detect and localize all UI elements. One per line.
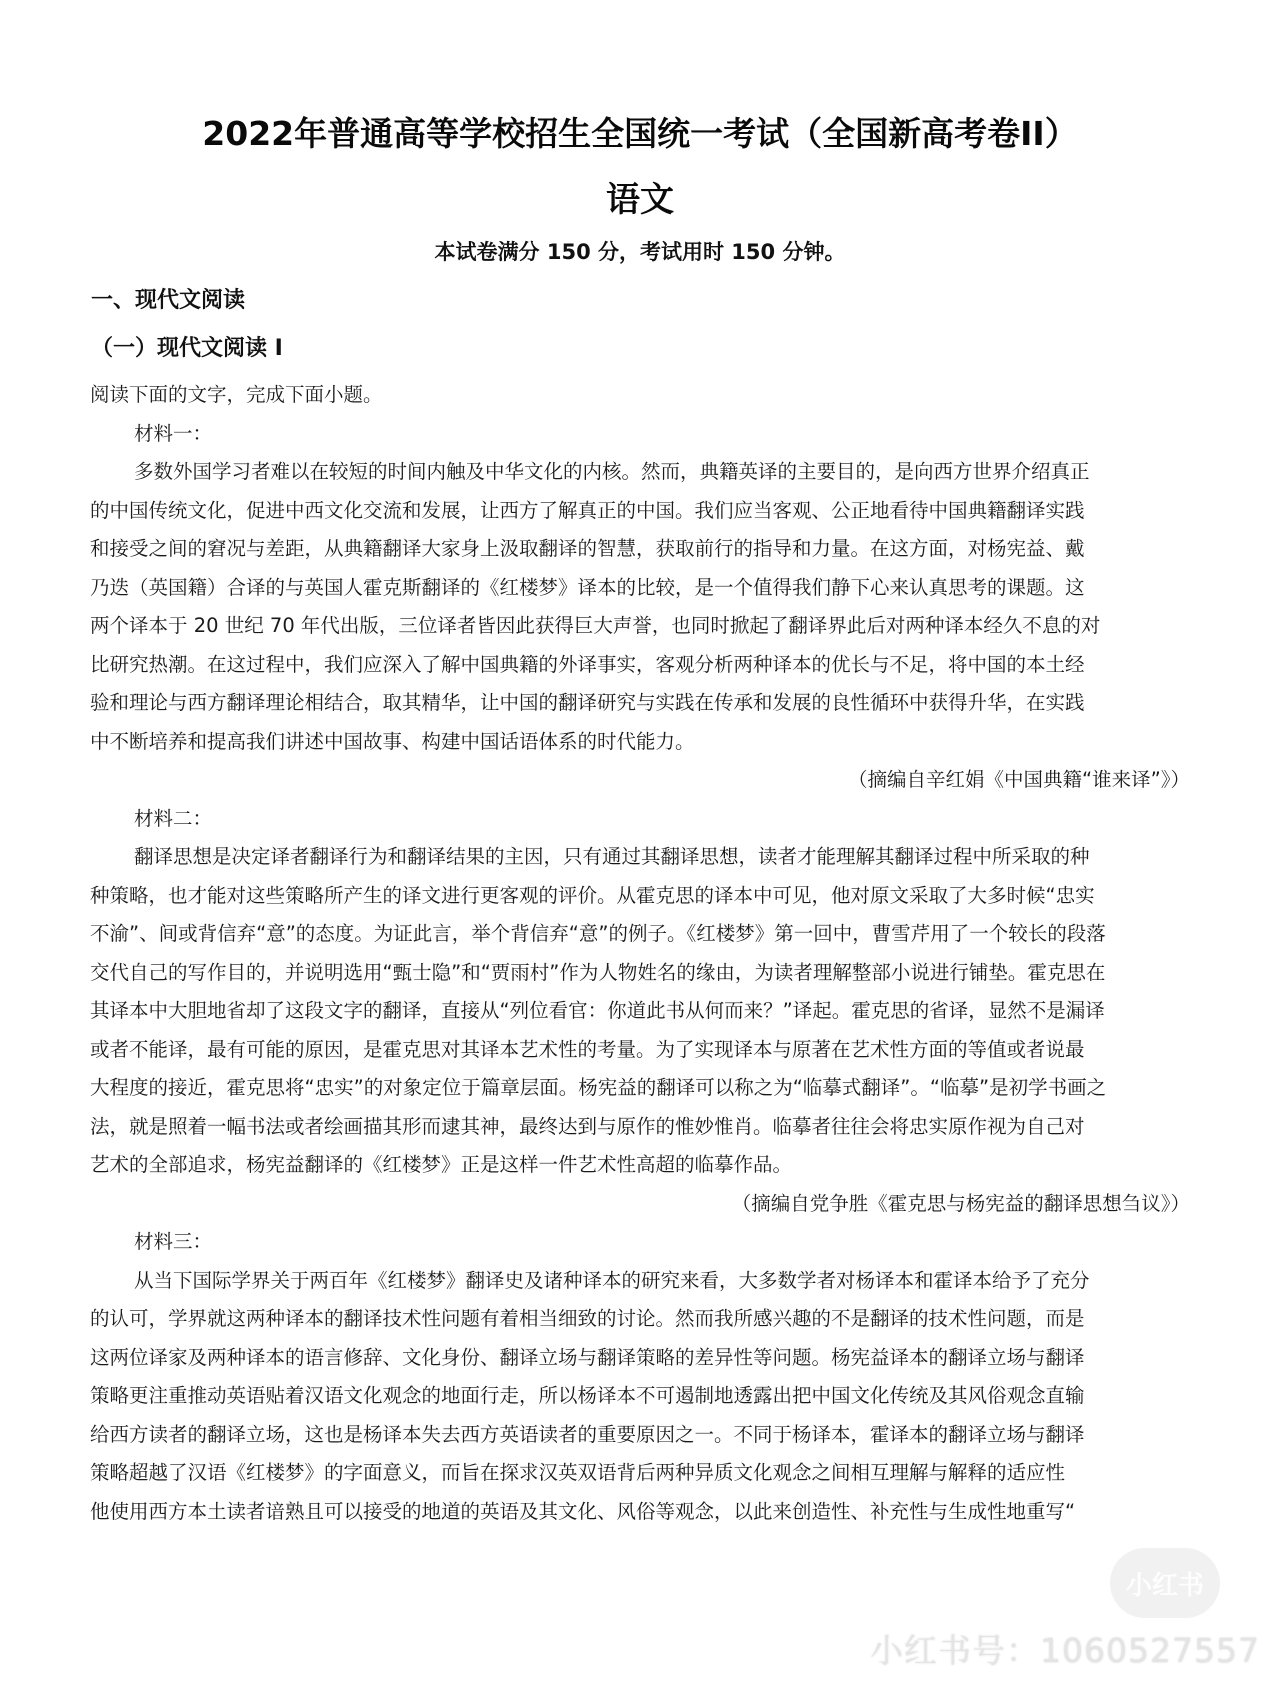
material-label: 材料二： [90, 800, 1190, 839]
exam-title: 2022年普通高等学校招生全国统一考试（全国新高考卷II） [0, 108, 1280, 155]
paragraph-line: 这两位译家及两种译本的语言修辞、文化身份、翻译立场与翻译策略的差异性等问题。杨宪… [90, 1339, 1190, 1378]
paragraph-line: 给西方读者的翻译立场，这也是杨译本失去西方英语读者的重要原因之一。不同于杨译本，… [90, 1416, 1190, 1455]
subject-title: 语文 [0, 172, 1280, 221]
paragraph-line: 乃迭（英国籍）合译的与英国人霍克斯翻译的《红楼梦》译本的比较，是一个值得我们静下… [90, 569, 1190, 608]
paragraph-line: 策略超越了汉语《红楼梦》的字面意义，而旨在探求汉英双语背后两种异质文化观念之间相… [90, 1454, 1190, 1493]
paragraph-line: 多数外国学习者难以在较短的时间内触及中华文化的内核。然而，典籍英译的主要目的，是… [90, 453, 1190, 492]
material-label: 材料三： [90, 1223, 1190, 1262]
watermark-text: 小红书号：1060527557 [870, 1625, 1260, 1672]
paragraph-line: 大程度的接近，霍克思将“忠实”的对象定位于篇章层面。杨宪益的翻译可以称之为“临摹… [90, 1069, 1190, 1108]
reading-passage: 阅读下面的文字，完成下面小题。 材料一： 多数外国学习者难以在较短的时间内触及中… [90, 376, 1190, 1531]
paragraph-line: 比研究热潮。在这过程中，我们应深入了解中国典籍的外译事实，客观分析两种译本的优长… [90, 646, 1190, 685]
paragraph-line: 交代自己的写作目的，并说明选用“甄士隐”和“贾雨村”作为人物姓名的缘由，为读者理… [90, 954, 1190, 993]
exam-info: 本试卷满分 150 分，考试用时 150 分钟。 [0, 236, 1280, 266]
instruction: 阅读下面的文字，完成下面小题。 [90, 376, 1190, 415]
paragraph-line: 或者不能译，最有可能的原因，是霍克思对其译本艺术性的考量。为了实现译本与原著在艺… [90, 1031, 1190, 1070]
paragraph-line: 中不断培养和提高我们讲述中国故事、构建中国话语体系的时代能力。 [90, 723, 1190, 762]
paragraph-line: 艺术的全部追求，杨宪益翻译的《红楼梦》正是这样一件艺术性高超的临摹作品。 [90, 1146, 1190, 1185]
paragraph-line: 的中国传统文化，促进中西文化交流和发展，让西方了解真正的中国。我们应当客观、公正… [90, 492, 1190, 531]
paragraph-line: 翻译思想是决定译者翻译行为和翻译结果的主因，只有通过其翻译思想，读者才能理解其翻… [90, 838, 1190, 877]
paragraph-line: 他使用西方本土读者谙熟且可以接受的地道的英语及其文化、风俗等观念，以此来创造性、… [90, 1493, 1190, 1532]
paragraph-line: 和接受之间的窘况与差距，从典籍翻译大家身上汲取翻译的智慧，获取前行的指导和力量。… [90, 530, 1190, 569]
paragraph-line: 种策略，也才能对这些策略所产生的译文进行更客观的评价。从霍克思的译本中可见，他对… [90, 877, 1190, 916]
paragraph-line: 两个译本于 20 世纪 70 年代出版，三位译者皆因此获得巨大声誉，也同时掀起了… [90, 607, 1190, 646]
paragraph-line: 不渝”、间或背信弃“意”的态度。为证此言，举个背信弃“意”的例子。《红楼梦》第一… [90, 915, 1190, 954]
source-citation: （摘编自辛红娟《中国典籍“谁来译”》） [90, 761, 1190, 800]
source-citation: （摘编自党争胜《霍克思与杨宪益的翻译思想刍议》） [90, 1185, 1190, 1224]
paragraph-line: 验和理论与西方翻译理论相结合，取其精华，让中国的翻译研究与实践在传承和发展的良性… [90, 684, 1190, 723]
paragraph-line: 从当下国际学界关于两百年《红楼梦》翻译史及诸种译本的研究来看，大多数学者对杨译本… [90, 1262, 1190, 1301]
section-subheading: （一）现代文阅读 I [91, 331, 283, 362]
material-label: 材料一： [90, 415, 1190, 454]
watermark-logo-icon: 小红书 [1110, 1548, 1220, 1618]
paragraph-line: 策略更注重推动英语贴着汉语文化观念的地面行走，所以杨译本不可遏制地透露出把中国文… [90, 1377, 1190, 1416]
paragraph-line: 其译本中大胆地省却了这段文字的翻译，直接从“列位看官：你道此书从何而来？”译起。… [90, 992, 1190, 1031]
paragraph-line: 法，就是照着一幅书法或者绘画描其形而逮其神，最终达到与原作的惟妙惟肖。临摹者往往… [90, 1108, 1190, 1147]
section-heading: 一、现代文阅读 [91, 283, 245, 314]
paragraph-line: 的认可，学界就这两种译本的翻译技术性问题有着相当细致的讨论。然而我所感兴趣的不是… [90, 1300, 1190, 1339]
